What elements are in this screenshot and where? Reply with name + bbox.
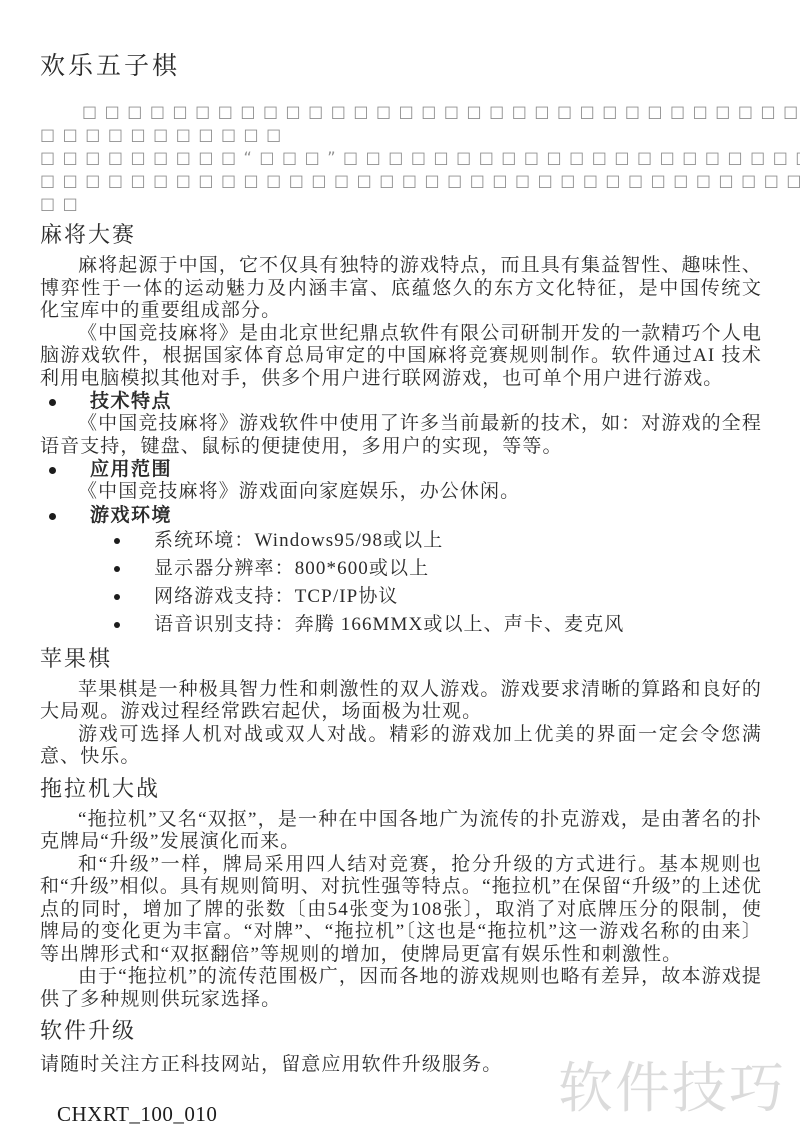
paragraph-mahjong-intro: 麻将起源于中国，它不仅具有独特的游戏特点，而且具有集益智性、趣味性、博弈性于一体… xyxy=(40,255,762,323)
bullet-label: 应用范围 xyxy=(90,459,172,480)
section-heading-gomoku: 欢乐五子棋 xyxy=(40,52,762,82)
section-heading-apple-chess: 苹果棋 xyxy=(40,646,762,672)
env-item-text: 系统环境：Windows95/98或以上 xyxy=(154,530,443,551)
list-item: 网络游戏支持：TCP/IP协议 xyxy=(40,583,762,611)
bullet-application-scope: 应用范围 xyxy=(40,458,762,481)
bullet-icon xyxy=(114,566,120,572)
list-item: 显示器分辨率：800*600或以上 xyxy=(40,555,762,583)
footer-code: CHXRT_100_010 xyxy=(57,1102,217,1127)
env-requirements-list: 系统环境：Windows95/98或以上 显示器分辨率：800*600或以上 网… xyxy=(40,527,762,639)
paragraph-tractor-3: 由于“拖拉机”的流传范围极广，因而各地的游戏规则也略有差异，故本游戏提供了多种规… xyxy=(40,966,762,1011)
section-heading-upgrade: 软件升级 xyxy=(40,1018,762,1044)
env-item-text: 语音识别支持：奔腾 166MMX或以上、声卡、麦克风 xyxy=(154,614,624,635)
placeholder-line: □□□□□□□□□□□ xyxy=(40,123,762,146)
watermark-text: 软件技巧 xyxy=(558,1044,786,1123)
paragraph-apple-1: 苹果棋是一种极具智力性和刺激性的双人游戏。游戏要求清晰的算路和良好的大局观。游戏… xyxy=(40,679,762,724)
bullet-icon xyxy=(114,538,120,544)
paragraph-mahjong-software: 《中国竞技麻将》是由北京世纪鼎点软件有限公司研制开发的一款精巧个人电脑游戏软件，… xyxy=(40,323,762,391)
placeholder-line: □□□□□□□□□“□□□”□□□□□□□□□□□□□□□□□□□□□□ xyxy=(40,146,762,169)
env-item-text: 网络游戏支持：TCP/IP协议 xyxy=(154,586,399,607)
paragraph-application-scope: 《中国竞技麻将》游戏面向家庭娱乐，办公休闲。 xyxy=(40,481,762,504)
bullet-label: 技术特点 xyxy=(90,391,172,412)
bullet-label: 游戏环境 xyxy=(90,505,172,526)
paragraph-apple-2: 游戏可选择人机对战或双人对战。精彩的游戏加上优美的界面一定会令您满意、快乐。 xyxy=(40,724,762,769)
bullet-tech-features: 技术特点 xyxy=(40,390,762,413)
document-page: 欢乐五子棋 □□□□□□□□□□□□□□□□□□□□□□□□□□□□□□□□ □… xyxy=(0,0,800,1138)
section-heading-mahjong: 麻将大赛 xyxy=(40,222,762,248)
placeholder-line: □□ xyxy=(40,192,762,215)
section-heading-tractor: 拖拉机大战 xyxy=(40,776,762,802)
bullet-icon xyxy=(49,399,56,406)
paragraph-tech-features: 《中国竞技麻将》游戏软件中使用了许多当前最新的技术，如：对游戏的全程语音支持，键… xyxy=(40,413,762,458)
page-content: 欢乐五子棋 □□□□□□□□□□□□□□□□□□□□□□□□□□□□□□□□ □… xyxy=(40,52,762,1077)
paragraph-tractor-1: “拖拉机”又名“双抠”，是一种在中国各地广为流传的扑克游戏，是由著名的扑克牌局“… xyxy=(40,809,762,854)
bullet-icon xyxy=(114,622,120,628)
paragraph-tractor-2: 和“升级”一样，牌局采用四人结对竞赛，抢分升级的方式进行。基本规则也和“升级”相… xyxy=(40,854,762,967)
list-item: 语音识别支持：奔腾 166MMX或以上、声卡、麦克风 xyxy=(40,611,762,639)
list-item: 系统环境：Windows95/98或以上 xyxy=(40,527,762,555)
env-item-text: 显示器分辨率：800*600或以上 xyxy=(154,558,429,579)
bullet-icon xyxy=(49,467,56,474)
placeholder-line: □□□□□□□□□□□□□□□□□□□□□□□□□□□□□□□□□□ xyxy=(40,169,762,192)
bullet-icon xyxy=(114,594,120,600)
bullet-game-environment: 游戏环境 xyxy=(40,504,762,527)
bullet-icon xyxy=(49,513,56,520)
placeholder-line: □□□□□□□□□□□□□□□□□□□□□□□□□□□□□□□□ xyxy=(40,100,762,123)
placeholder-paragraph: □□□□□□□□□□□□□□□□□□□□□□□□□□□□□□□□ □□□□□□□… xyxy=(40,100,762,215)
